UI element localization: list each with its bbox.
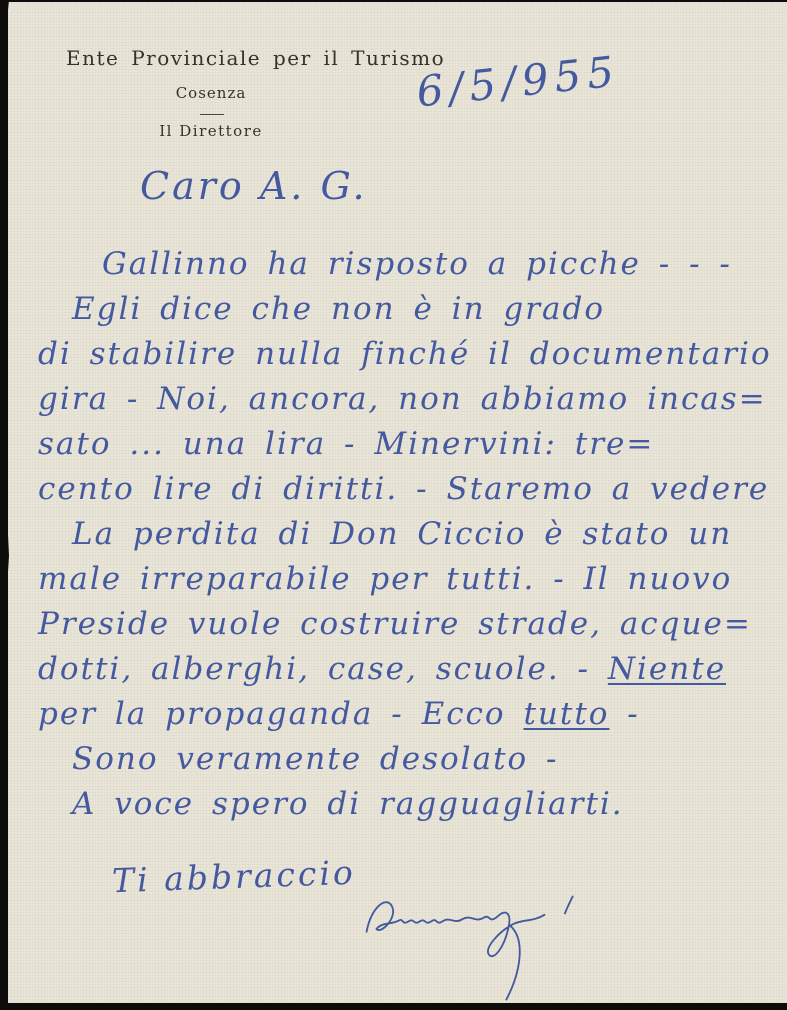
organization-city: Cosenza — [66, 84, 356, 102]
handwritten-line: male irreparabile per tutti. - Il nuovo — [38, 557, 778, 602]
handwritten-line: A voce spero di ragguagliarti. — [72, 782, 778, 827]
salutation: Caro A. G. — [140, 164, 368, 208]
handwritten-line: gira - Noi, ancora, non abbiamo incas= — [38, 377, 778, 422]
handwritten-line: sato ... una lira - Minervini: tre= — [38, 422, 778, 467]
signature-scrawl-icon — [308, 888, 668, 1008]
letter-paper: Ente Provinciale per il Turismo Cosenza … — [8, 2, 787, 1003]
sender-role: Il Direttore — [66, 122, 356, 140]
scan-edge-bottom — [0, 1003, 787, 1010]
letter-body: Gallinno ha risposto a picche - - -Egli … — [38, 242, 778, 827]
handwritten-line: Sono veramente desolato - — [72, 737, 778, 782]
letterhead-divider — [200, 114, 224, 115]
handwritten-line: Egli dice che non è in grado — [72, 287, 778, 332]
handwritten-line: Gallinno ha risposto a picche - - - — [102, 242, 778, 287]
handwritten-line: La perdita di Don Ciccio è stato un — [72, 512, 778, 557]
handwritten-line: dotti, alberghi, case, scuole. - Niente — [38, 647, 778, 692]
scanned-letter-photo: Ente Provinciale per il Turismo Cosenza … — [0, 0, 787, 1010]
handwritten-line: Preside vuole costruire strade, acque= — [38, 602, 778, 647]
handwritten-line: cento lire di diritti. - Staremo a veder… — [38, 467, 778, 512]
handwritten-line: di stabilire nulla finché il documentari… — [38, 332, 778, 377]
handwritten-date: 6/5/955 — [414, 41, 678, 117]
signature — [308, 888, 668, 1008]
organization-name: Ente Provinciale per il Turismo — [66, 46, 396, 70]
handwritten-line: per la propaganda - Ecco tutto - — [38, 692, 778, 737]
